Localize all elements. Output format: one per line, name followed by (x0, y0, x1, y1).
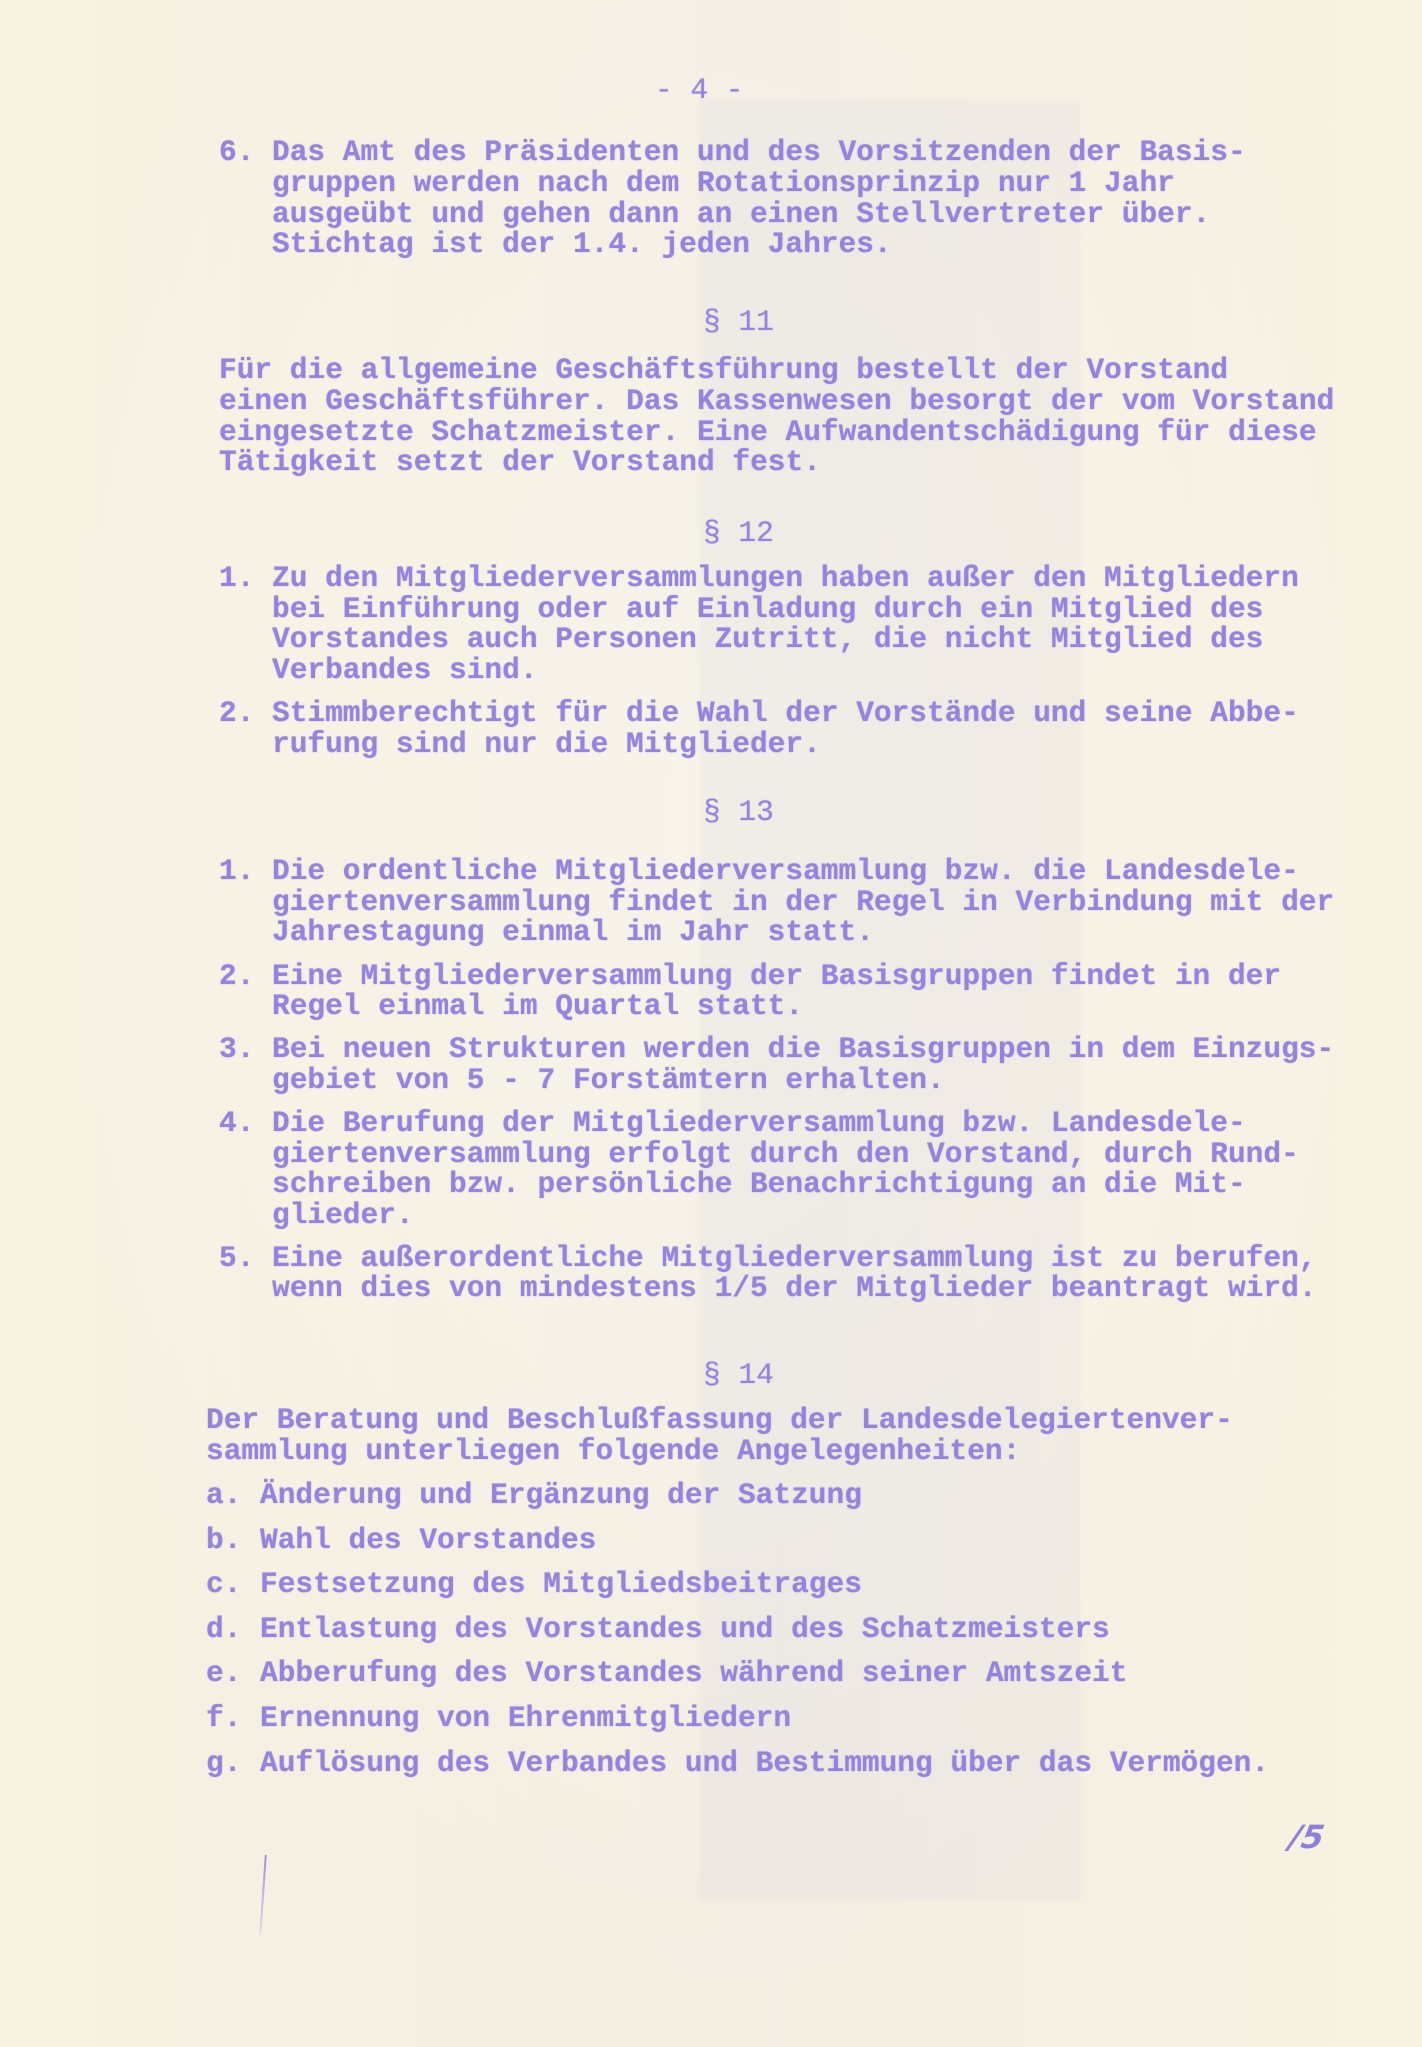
text-line: Die Berufung der Mitgliederversammlung b… (272, 1108, 1246, 1138)
text-line: Die ordentliche Mitgliederversammlung bz… (272, 856, 1299, 886)
page-number: - 4 - (655, 75, 744, 105)
item-number: 5. (219, 1243, 254, 1273)
text-line: glieder. (272, 1200, 414, 1230)
text-line: Eine Mitgliederversammlung der Basisgrup… (272, 961, 1281, 991)
text-line: Tätigkeit setzt der Vorstand fest. (219, 447, 821, 477)
section-heading: § 11 (703, 307, 774, 337)
section-heading: § 13 (703, 797, 774, 827)
text-line: sammlung unterliegen folgende Angelegenh… (206, 1436, 1020, 1466)
list-item: Festsetzung des Mitgliedsbeitrages (260, 1569, 862, 1599)
item-number: 2. (219, 698, 254, 728)
item-number: 2. (219, 961, 254, 991)
item-number: 4. (219, 1108, 254, 1138)
list-item-letter: c. (206, 1569, 241, 1599)
text-line: Vorstandes auch Personen Zutritt, die ni… (272, 624, 1263, 654)
list-item: Auflösung des Verbandes und Bestimmung ü… (260, 1748, 1269, 1778)
list-item: Entlastung des Vorstandes und des Schatz… (260, 1614, 1110, 1644)
text-line: giertenversammlung findet in der Regel i… (272, 887, 1334, 917)
text-line: gruppen werden nach dem Rotationsprinzip… (272, 168, 1175, 198)
text-line: Bei neuen Strukturen werden die Basisgru… (272, 1034, 1334, 1064)
text-line: Jahrestagung einmal im Jahr statt. (272, 917, 874, 947)
list-item-letter: a. (206, 1480, 241, 1510)
text-line: schreiben bzw. persönliche Benachrichtig… (272, 1169, 1246, 1199)
text-line: Stimmberechtigt für die Wahl der Vorstän… (272, 698, 1299, 728)
text-line: giertenversammlung erfolgt durch den Vor… (272, 1139, 1299, 1169)
text-line: wenn dies von mindestens 1/5 der Mitglie… (272, 1273, 1316, 1303)
list-item-letter: b. (206, 1525, 241, 1555)
list-item-letter: e. (206, 1658, 241, 1688)
text-line: rufung sind nur die Mitglieder. (272, 729, 821, 759)
list-item-letter: g. (206, 1748, 241, 1778)
text-line: Der Beratung und Beschlußfassung der Lan… (206, 1405, 1233, 1435)
list-item: Wahl des Vorstandes (260, 1525, 596, 1555)
item-number: 1. (219, 856, 254, 886)
text-line: bei Einführung oder auf Einladung durch … (272, 594, 1263, 624)
text-line: gebiet von 5 - 7 Forstämtern erhalten. (272, 1065, 945, 1095)
text-line: Zu den Mitgliederversammlungen haben auß… (272, 563, 1299, 593)
text-line: Das Amt des Präsidenten und des Vorsitze… (272, 137, 1246, 167)
text-line: Eine außerordentliche Mitgliederversamml… (272, 1243, 1316, 1273)
text-line: Stichtag ist der 1.4. jeden Jahres. (272, 229, 892, 259)
text-line: eingesetzte Schatzmeister. Eine Aufwande… (219, 417, 1317, 447)
text-line: einen Geschäftsführer. Das Kassenwesen b… (219, 386, 1334, 416)
text-line: ausgeübt und gehen dann an einen Stellve… (272, 199, 1210, 229)
section-heading: § 12 (703, 518, 774, 548)
list-item: Abberufung des Vorstandes während seiner… (260, 1658, 1127, 1688)
list-item: Änderung und Ergänzung der Satzung (260, 1480, 862, 1510)
section-heading: § 14 (703, 1360, 774, 1390)
text-line: Für die allgemeine Geschäftsführung best… (219, 355, 1228, 385)
item-number: 3. (219, 1034, 254, 1064)
margin-pen-stroke (259, 1855, 267, 1935)
text-line: Verbandes sind. (272, 655, 538, 685)
text-line: Regel einmal im Quartal statt. (272, 991, 803, 1021)
item-number: 6. (219, 137, 254, 167)
list-item-letter: f. (206, 1703, 241, 1733)
list-item: Ernennung von Ehrenmitgliedern (260, 1703, 791, 1733)
item-number: 1. (219, 563, 254, 593)
continuation-mark: /5 (1287, 1818, 1328, 1856)
list-item-letter: d. (206, 1614, 241, 1644)
